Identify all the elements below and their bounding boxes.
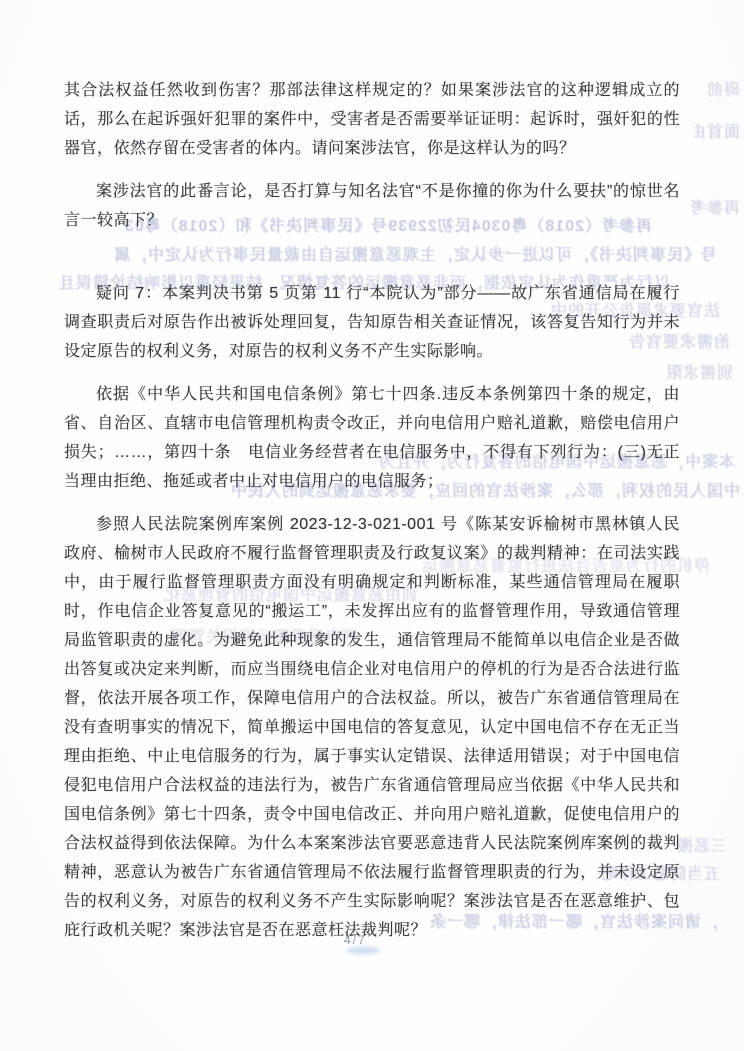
bleedthrough-text: 面首由 — [694, 122, 740, 144]
paragraph-famous-quote-question: 案涉法官的此番言论，是否打算与知名法官“不是你撞的你为什么要扶”的惊世名言一较高… — [64, 177, 680, 235]
document-body: 其合法权益任然收到伤害？那部法律这样规定的？如果案涉法官的这种逻辑成立的话，那么… — [64, 76, 680, 959]
paragraph-case-library-reference: 参照人民法院案例库案例 2023-12-3-021-001 号《陈某安诉榆树市黑… — [64, 510, 680, 945]
page-number-smudge — [346, 947, 380, 954]
bleedthrough-text: 碍前 — [698, 80, 740, 102]
paragraph-doubt-7-court-opinion: 疑问 7：本案判决书第 5 页第 11 行“本院认为”部分——故广东省通信局在履… — [64, 279, 680, 366]
paragraph-rape-analogy-question: 其合法权益任然收到伤害？那部法律这样规定的？如果案涉法官的这种逻辑成立的话，那么… — [64, 76, 680, 163]
scanned-document-page: 再参考（2018）粤0304民初22939号《民事判决书》和（2018）粤03 … — [0, 0, 744, 1051]
page-number: 4/7 — [344, 933, 367, 947]
paragraph-telecom-regulation-cite: 依据《中华人民共和国电信条例》第七十四条.违反本条例第四十条的规定，由省、自治区… — [64, 380, 680, 496]
bleedthrough-text: 再参考 — [688, 198, 740, 220]
